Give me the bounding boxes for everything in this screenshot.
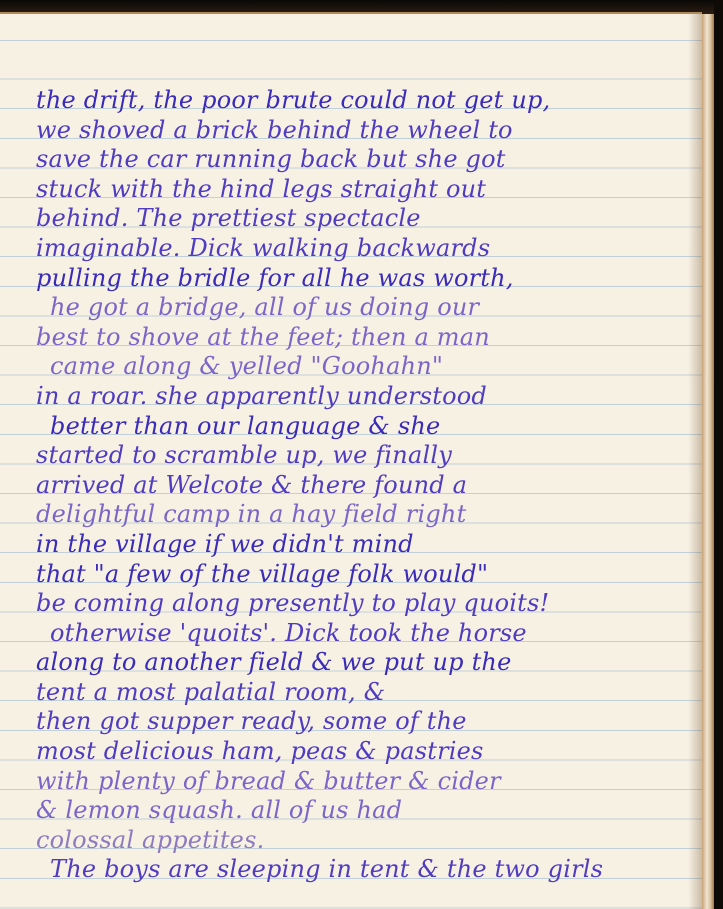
text-line: he got a bridge, all of us doing our bbox=[36, 293, 696, 323]
text-line: then got supper ready, some of the bbox=[36, 707, 696, 737]
text-line: that "a few of the village folk would" bbox=[36, 560, 696, 590]
text-line: delightful camp in a hay field right bbox=[36, 500, 696, 530]
text-line: arrived at Welcote & there found a bbox=[36, 471, 696, 501]
text-line: colossal appetites. bbox=[36, 826, 696, 856]
book-cover-edge bbox=[714, 0, 723, 909]
text-line: tent a most palatial room, & bbox=[36, 678, 696, 708]
text-line: most delicious ham, peas & pastries bbox=[36, 737, 696, 767]
text-line: imaginable. Dick walking backwards bbox=[36, 234, 696, 264]
text-line: best to shove at the feet; then a man bbox=[36, 323, 696, 353]
text-line: The boys are sleeping in tent & the two … bbox=[36, 855, 696, 885]
text-line: otherwise 'quoits'. Dick took the horse bbox=[36, 619, 696, 649]
text-line: the drift, the poor brute could not get … bbox=[36, 86, 696, 116]
text-line: & lemon squash. all of us had bbox=[36, 796, 696, 826]
text-line: along to another field & we put up the bbox=[36, 648, 696, 678]
text-line: better than our language & she bbox=[36, 412, 696, 442]
text-line: be coming along presently to play quoits… bbox=[36, 589, 696, 619]
text-line: in a roar. she apparently understood bbox=[36, 382, 696, 412]
text-line: with plenty of bread & butter & cider bbox=[36, 767, 696, 797]
text-line: stuck with the hind legs straight out bbox=[36, 175, 696, 205]
text-line: save the car running back but she got bbox=[36, 145, 696, 175]
text-line: pulling the bridle for all he was worth, bbox=[36, 264, 696, 294]
text-line: started to scramble up, we finally bbox=[36, 441, 696, 471]
text-line: we shoved a brick behind the wheel to bbox=[36, 116, 696, 146]
text-line: came along & yelled "Goohahn" bbox=[36, 352, 696, 382]
text-line: in the village if we didn't mind bbox=[36, 530, 696, 560]
diary-page: the drift, the poor brute could not get … bbox=[0, 12, 702, 909]
handwritten-text: the drift, the poor brute could not get … bbox=[36, 86, 696, 885]
page-stack-edge bbox=[702, 14, 714, 909]
text-line: behind. The prettiest spectacle bbox=[36, 204, 696, 234]
